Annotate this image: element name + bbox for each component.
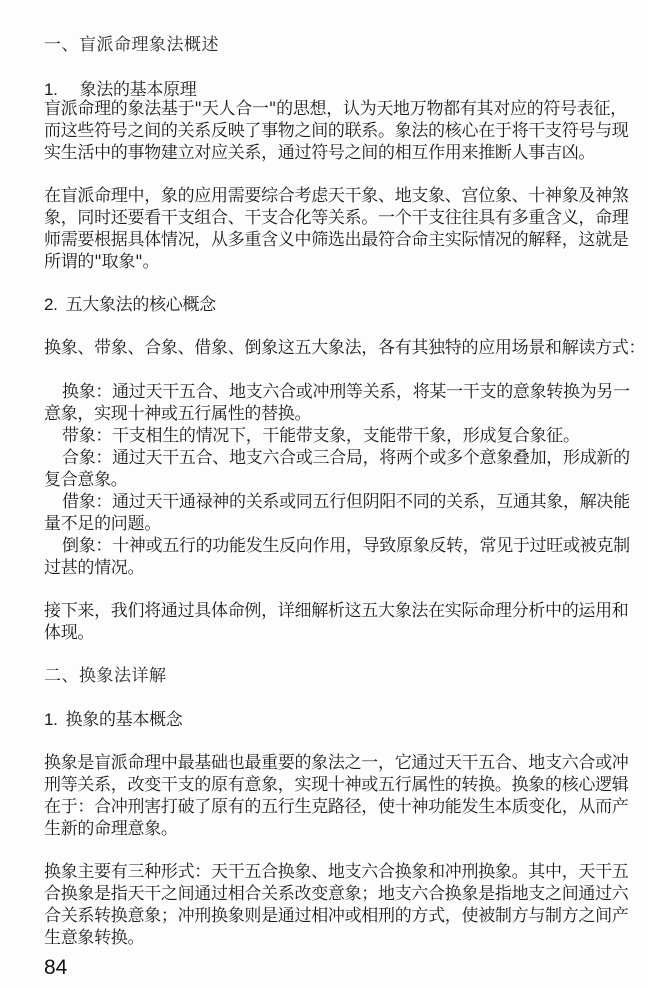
list-item-daoxiang: 倒象：十神或五行的功能发生反向作用，导致原象反转，常见于过旺或被克制 bbox=[62, 535, 642, 557]
paragraph-line: 象，同时还要看干支组合、干支合化等关系。一个干支往往具有多重含义，命理 bbox=[44, 207, 624, 229]
list-item-continuation: 量不足的问题。 bbox=[44, 513, 624, 535]
paragraph-line: 体现。 bbox=[44, 622, 624, 644]
paragraph-line: 生新的命理意象。 bbox=[44, 818, 624, 840]
paragraph-line: 刑等关系，改变干支的原有意象，实现十神或五行属性的转换。换象的核心逻辑 bbox=[44, 774, 624, 796]
list-item-continuation: 复合意象。 bbox=[44, 469, 624, 491]
subheading-title: 象法的基本原理 bbox=[80, 80, 197, 100]
paragraph-line: 换象、带象、合象、借象、倒象这五大象法，各有其独特的应用场景和解读方式： bbox=[44, 337, 624, 359]
paragraph-line: 生意象转换。 bbox=[44, 927, 624, 949]
paragraph-line: 合关系转换意象；冲刑换象则是通过相冲或相刑的方式，使被制方与制方之间产 bbox=[44, 905, 624, 927]
list-item-hexiang: 合象：通过天干五合、地支六合或三合局，将两个或多个意象叠加，形成新的 bbox=[62, 447, 642, 469]
list-item-daixiang: 带象：干支相生的情况下，干能带支象，支能带干象，形成复合象征。 bbox=[62, 425, 642, 447]
list-item-jiexiang: 借象：通过天干通禄神的关系或同五行但阴阳不同的关系，互通其象，解决能 bbox=[62, 491, 642, 513]
paragraph-line: 合换象是指天干之间通过相合关系改变意象；地支六合换象是指地支之间通过六 bbox=[44, 883, 624, 905]
subheading-2-1: 1.换象的基本概念 bbox=[44, 709, 624, 731]
page-number: 84 bbox=[44, 955, 67, 981]
subheading-number: 1. bbox=[44, 80, 58, 99]
paragraph-line: 所谓的"取象"。 bbox=[44, 251, 624, 273]
subheading-title: 换象的基本概念 bbox=[66, 710, 183, 730]
paragraph-line: 实生活中的事物建立对应关系，通过符号之间的相互作用来推断人事吉凶。 bbox=[44, 142, 624, 164]
document-page: 一、盲派命理象法概述 1.象法的基本原理 盲派命理的象法基于"天人合一"的思想，… bbox=[0, 0, 648, 988]
section-heading-2: 二、换象法详解 bbox=[44, 665, 624, 687]
list-item-huanxiang: 换象：通过天干五合、地支六合或冲刑等关系，将某一干支的意象转换为另一 bbox=[62, 381, 642, 403]
subheading-1-2: 2.五大象法的核心概念 bbox=[44, 294, 624, 316]
subheading-title: 五大象法的核心概念 bbox=[66, 295, 216, 315]
list-item-continuation: 过甚的情况。 bbox=[44, 557, 624, 579]
paragraph-line: 盲派命理的象法基于"天人合一"的思想，认为天地万物都有其对应的符号表征， bbox=[44, 98, 624, 120]
paragraph-line: 在于：合冲刑害打破了原有的五行生克路径，使十神功能发生本质变化，从而产 bbox=[44, 796, 624, 818]
paragraph-line: 师需要根据具体情况，从多重含义中筛选出最符合命主实际情况的解释，这就是 bbox=[44, 229, 624, 251]
paragraph-line: 在盲派命理中，象的应用需要综合考虑天干象、地支象、宫位象、十神象及神煞 bbox=[44, 185, 624, 207]
paragraph-line: 接下来，我们将通过具体命例，详细解析这五大象法在实际命理分析中的运用和 bbox=[44, 600, 624, 622]
subheading-number: 2. bbox=[44, 295, 58, 314]
list-item-continuation: 意象，实现十神或五行属性的替换。 bbox=[44, 403, 624, 425]
paragraph-line: 换象主要有三种形式：天干五合换象、地支六合换象和冲刑换象。其中，天干五 bbox=[44, 861, 624, 883]
paragraph-line: 而这些符号之间的关系反映了事物之间的联系。象法的核心在于将干支符号与现 bbox=[44, 120, 624, 142]
subheading-number: 1. bbox=[44, 710, 58, 729]
paragraph-line: 换象是盲派命理中最基础也最重要的象法之一，它通过天干五合、地支六合或冲 bbox=[44, 752, 624, 774]
section-heading-1: 一、盲派命理象法概述 bbox=[44, 34, 624, 56]
